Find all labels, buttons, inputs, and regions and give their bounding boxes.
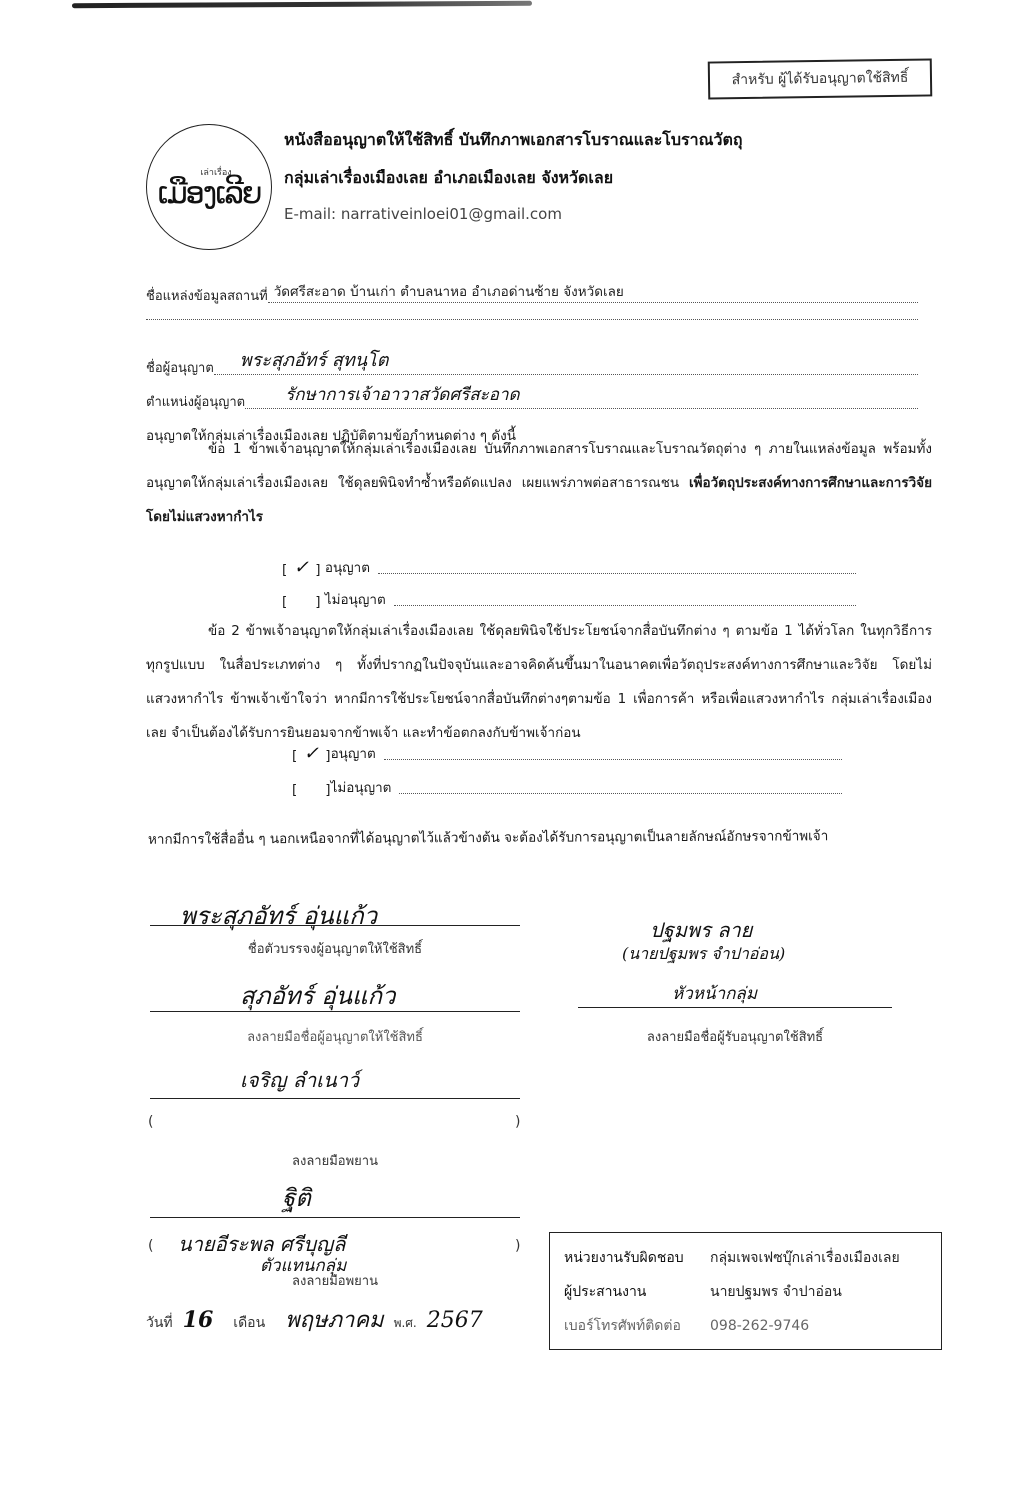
contact-phone: 098-262-9746	[710, 1318, 809, 1334]
clause-2-option-deny[interactable]: [] ไม่อนุญาต	[292, 776, 842, 798]
witness-2-paren-open: (	[148, 1238, 153, 1254]
contact-key: หน่วยงานรับผิดชอบ	[564, 1247, 710, 1269]
signature-line	[578, 1007, 892, 1008]
grantor-value: พระสุภอัทร์ สุทนุโต	[240, 345, 389, 374]
contact-key: ผู้ประสานงาน	[564, 1281, 710, 1303]
witness-1-paren-close: )	[515, 1114, 520, 1130]
witness-2-signature: ฐิติ	[282, 1178, 311, 1217]
clause-1: ข้อ 1 ข้าพเจ้าอนุญาตให้กลุ่มเล่าเรื่องเม…	[146, 432, 932, 534]
clause-2-option-allow[interactable]: [✓] อนุญาต	[292, 742, 842, 764]
source-field-continuation	[146, 318, 918, 324]
checkmark-icon[interactable]: ✓	[297, 743, 325, 764]
contact-key: เบอร์โทรศัพท์ติดต่อ	[564, 1315, 710, 1337]
witness-2-label: ลงลายมือพยาน	[150, 1270, 520, 1291]
clause-1-option-deny[interactable]: [] ไม่อนุญาต	[282, 588, 856, 610]
signature-line	[150, 1217, 520, 1218]
month-value: พฤษภาคม	[285, 1302, 383, 1337]
contact-row-coordinator: ผู้ประสานงาน นายปฐมพร จำปาอ่อน	[564, 1275, 941, 1309]
date-row: วันที่ 16 เดือน พฤษภาคม พ.ศ. 2567	[146, 1302, 483, 1337]
dotted-line	[146, 318, 918, 320]
clause-2-allow-label: อนุญาต	[331, 742, 376, 764]
clause-1-option-allow[interactable]: [✓] อนุญาต	[282, 556, 856, 578]
day-label: วันที่	[146, 1312, 173, 1334]
clause-2-deny-label: ไม่อนุญาต	[331, 776, 392, 798]
grantor-field: ชื่อผู้อนุญาต พระสุภอัทร์ สุทนุโต	[146, 356, 918, 378]
position-label: ตำแหน่งผู้อนุญาต	[146, 391, 245, 412]
closing-text: หากมีการใช้สื่ออื่น ๆ นอกเหนือจากที่ได้อ…	[148, 824, 828, 850]
grantor-signature-label: ลงลายมือชื่อผู้อนุญาตให้ใช้สิทธิ์	[150, 1026, 520, 1047]
year-value: 2567	[427, 1308, 483, 1333]
year-label: พ.ศ.	[394, 1314, 417, 1333]
checkmark-icon[interactable]: ✓	[287, 557, 315, 578]
recipient-label: ลงลายมือชื่อผู้รับอนุญาตใช้สิทธิ์	[578, 1026, 892, 1047]
recipient-role: หัวหน้ากลุ่ม	[672, 980, 757, 1007]
recipient-tag: สำหรับ ผู้ได้รับอนุญาตใช้สิทธิ์	[708, 58, 933, 99]
grantor-label: ชื่อผู้อนุญาต	[146, 357, 214, 378]
signature-line	[150, 925, 520, 926]
day-value: 16	[183, 1307, 214, 1333]
organization-email: E-mail: narrativeinloei01@gmail.com	[284, 205, 562, 223]
organization-name: กลุ่มเล่าเรื่องเมืองเลย อำเภอเมืองเลย จั…	[284, 166, 613, 191]
scan-artifact-line	[72, 1, 532, 8]
contact-box: หน่วยงานรับผิดชอบ กลุ่มเพจเฟซบุ๊กเล่าเรื…	[549, 1232, 942, 1350]
contact-value: กลุ่มเพจเฟซบุ๊กเล่าเรื่องเมืองเลย	[710, 1247, 900, 1269]
document-title: หนังสืออนุญาตให้ใช้สิทธิ์ บันทึกภาพเอกสา…	[284, 128, 743, 153]
clause-2-text: ข้อ 2 ข้าพเจ้าอนุญาตให้กลุ่มเล่าเรื่องเม…	[146, 623, 932, 741]
source-field: ชื่อแหล่งข้อมูลสถานที่ วัดศรีสะอาด บ้านเ…	[146, 284, 918, 306]
contact-row-phone: เบอร์โทรศัพท์ติดต่อ 098-262-9746	[564, 1309, 941, 1343]
signature-line	[150, 1098, 520, 1099]
grantor-printed-name: พระสุภอัทร์ อุ่นแก้ว	[180, 896, 377, 935]
witness-2-paren-close: )	[515, 1238, 520, 1254]
source-label: ชื่อแหล่งข้อมูลสถานที่	[146, 285, 268, 306]
contact-row-responsible: หน่วยงานรับผิดชอบ กลุ่มเพจเฟซบุ๊กเล่าเรื…	[564, 1241, 941, 1275]
grantor-signature: สุภอัทร์ อุ่นแก้ว	[240, 976, 396, 1015]
source-value: วัดศรีสะอาด บ้านเก่า ตำบลนาหอ อำเภอด่านซ…	[274, 280, 624, 302]
witness-1-paren-open: (	[148, 1114, 153, 1130]
position-field: ตำแหน่งผู้อนุญาต รักษาการเจ้าอาวาสวัดศรี…	[146, 390, 918, 412]
witness-1-signature: เจริญ ลำเนาว์	[240, 1064, 359, 1096]
witness-1-label: ลงลายมือพยาน	[150, 1150, 520, 1171]
month-label: เดือน	[233, 1312, 265, 1334]
position-value: รักษาการเจ้าอาวาสวัดศรีสะอาด	[285, 381, 520, 408]
grantor-printed-label: ชื่อตัวบรรจงผู้อนุญาตให้ใช้สิทธิ์	[150, 938, 520, 959]
logo-main-text: ເມືອງເລີຍ	[157, 179, 260, 209]
clause-1-deny-label: ไม่อนุญาต	[325, 588, 386, 610]
contact-value: นายปฐมพร จำปาอ่อน	[710, 1281, 842, 1303]
narrative-group-logo-icon: เล่าเรื่อง ເມືອງເລີຍ	[146, 124, 272, 250]
signature-line	[150, 1011, 520, 1012]
clause-1-allow-label: อนุญาต	[325, 556, 370, 578]
clause-2: ข้อ 2 ข้าพเจ้าอนุญาตให้กลุ่มเล่าเรื่องเม…	[146, 614, 932, 750]
recipient-name: (นายปฐมพร จำปาอ่อน)	[622, 942, 785, 967]
